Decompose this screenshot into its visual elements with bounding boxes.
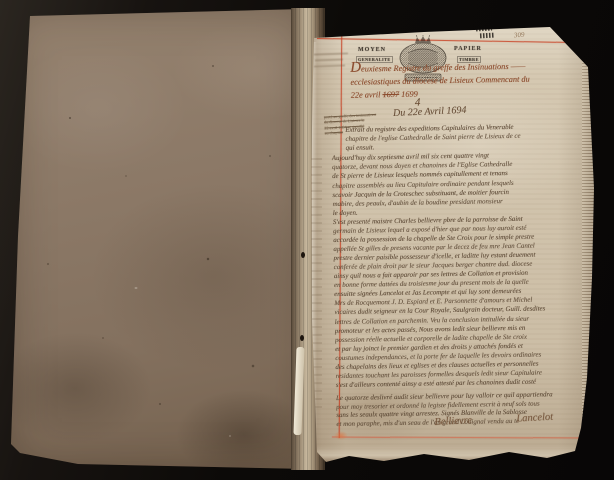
paragraph-possession: S'est presenté maistre Charles bellievre…: [333, 214, 586, 390]
book-cover: [8, 6, 310, 472]
register-title: Deuxiesme Registre du greffe des Insinua…: [350, 57, 597, 101]
binding-stitch: [300, 335, 304, 341]
paragraph-extrait: Extrait du registre des expeditions Capi…: [345, 121, 595, 153]
cover-speckles: [8, 6, 310, 472]
torn-bottom-edge: [310, 446, 600, 468]
paragraph-seance: Aujourd'huy dix septiesme avril mil six …: [332, 150, 583, 219]
binding-stitch: [301, 252, 305, 258]
archive-photo: MOYEN GENERALITE PAPIER TIMBRE: [0, 0, 614, 480]
book-fore-edge: [582, 18, 606, 472]
signature-bellievre: Bellievre: [434, 415, 472, 428]
signature-lancelot: Lancelot: [516, 412, 553, 425]
handwriting-layer: Deuxiesme Registre du greffe des Insinua…: [303, 13, 613, 472]
title-date-pre: 22e avril: [351, 90, 381, 100]
manuscript-page: MOYEN GENERALITE PAPIER TIMBRE: [304, 18, 606, 472]
struck-year: 1697: [382, 90, 399, 99]
